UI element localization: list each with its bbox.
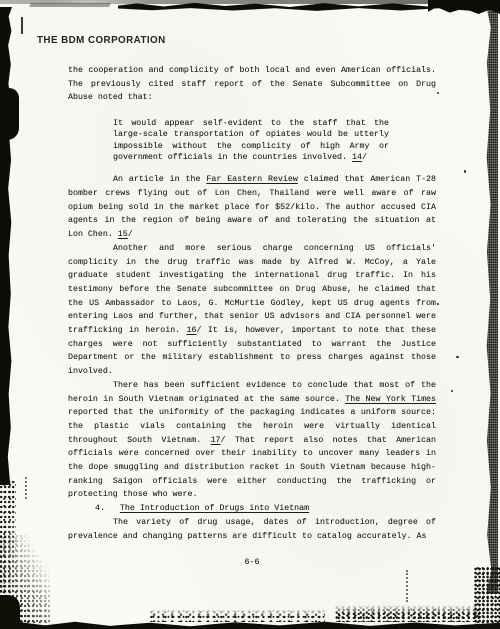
- text-segment: the cooperation and complicity of both l…: [68, 66, 436, 102]
- scan-speckle: [464, 170, 466, 173]
- text-segment: / That report also notes that American o…: [68, 436, 436, 500]
- scan-speckle: [456, 356, 459, 358]
- page-number: 6-6: [68, 556, 436, 570]
- letterhead-title: THE BDM CORPORATION: [37, 35, 166, 46]
- document-body: the cooperation and complicity of both l…: [68, 64, 436, 570]
- underlined-text: Far Eastern Review: [206, 175, 297, 184]
- paragraph-drug-variety: The variety of drug usage, dates of intr…: [68, 516, 436, 543]
- scan-noise-corner-bottom-right: [474, 567, 500, 629]
- paragraph-new-york-times: There has been sufficient evidence to co…: [68, 379, 436, 502]
- scan-dotted-mark-left: [25, 477, 27, 499]
- scan-noise-bottom-speckle-right: [335, 605, 480, 622]
- scan-noise-right-edge: [486, 4, 498, 594]
- scan-noise-left-edge: [0, 7, 12, 485]
- text-segment: /: [362, 153, 367, 162]
- document-paragraphs: the cooperation and complicity of both l…: [68, 64, 436, 543]
- section-heading-introduction-of-drugs: 4. The Introduction of Drugs into Vietna…: [68, 502, 436, 516]
- underlined-text: 16: [186, 326, 196, 335]
- scanned-document-page: THE BDM CORPORATION the cooperation and …: [0, 0, 500, 629]
- underlined-text: 17: [211, 436, 221, 445]
- paragraph-mccoy-charge: Another and more serious charge concerni…: [68, 242, 436, 379]
- underlined-text: The Introduction of Drugs into Vietnam: [120, 504, 309, 513]
- scan-speckle: [437, 92, 439, 94]
- scan-speckle: [437, 303, 439, 305]
- blockquote-senate-staff-report: It would appear self-evident to the staf…: [113, 118, 389, 163]
- underlined-text: 15: [118, 230, 128, 239]
- paragraph-intro: the cooperation and complicity of both l…: [68, 64, 436, 105]
- scan-noise-top-patch: [29, 3, 110, 7]
- text-segment: An article in the: [113, 175, 206, 184]
- scan-noise-corner-bottom-left-solid: [0, 595, 20, 629]
- underlined-text: The New York Times: [345, 395, 436, 404]
- text-segment: It would appear self-evident to the staf…: [113, 119, 389, 162]
- scan-dotted-mark-right: [406, 570, 408, 602]
- scan-speckle: [451, 390, 453, 392]
- text-segment: The variety of drug usage, dates of intr…: [68, 518, 436, 541]
- underlined-text: 14: [352, 153, 362, 162]
- text-segment: Another and more serious charge concerni…: [68, 244, 436, 335]
- scan-tick-mark: [21, 17, 23, 34]
- scan-noise-left-blob: [0, 88, 19, 140]
- text-segment: 4.: [95, 504, 120, 513]
- scan-noise-bottom-speckle-left: [150, 609, 325, 622]
- paragraph-far-eastern-review: An article in the Far Eastern Review cla…: [68, 173, 436, 242]
- text-segment: /: [128, 230, 133, 239]
